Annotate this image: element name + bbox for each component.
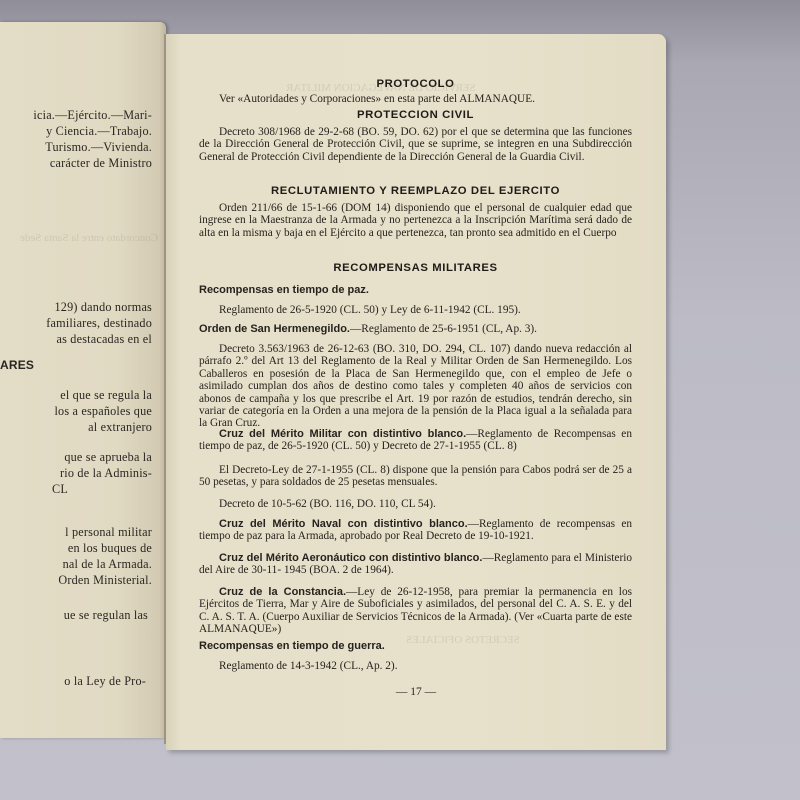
cruz-merito-militar-title: Cruz del Mérito Militar con distintivo b… (219, 428, 466, 440)
left-text-line: los a españoles que (54, 404, 152, 419)
left-text-line: 129) dando normas (55, 300, 153, 315)
cruz-merito-naval: Cruz del Mérito Naval con distintivo bla… (199, 518, 632, 543)
reglamento-paz: Reglamento de 26-5-1920 (CL. 50) y Ley d… (199, 304, 632, 316)
cruz-merito-aeronautico-title: Cruz del Mérito Aeronáutico con distinti… (219, 552, 482, 564)
left-text-line: en los buques de (68, 541, 152, 556)
subheading-tiempo-de-guerra: Recompensas en tiempo de guerra. (199, 640, 632, 652)
left-page: Concordato entre la Santa Sede icia.—Ejé… (0, 22, 166, 738)
left-text-line: Turismo.—Vivienda. (45, 140, 152, 155)
left-text-line: familiares, destinado (46, 316, 152, 331)
left-text-line: carácter de Ministro (50, 156, 152, 171)
left-heading-fragment: ARES (0, 358, 34, 372)
left-text-line: rio de la Adminis- (60, 466, 152, 481)
left-text-line: as destacadas en el (57, 332, 153, 347)
section-title-protocolo: PROTOCOLO (199, 78, 632, 90)
bleed-through-text: Concordato entre la Santa Sede (20, 232, 158, 244)
left-text-line: icia.—Ejército.—Mari- (33, 108, 152, 123)
right-page: SERVICIO DE NAVEGACION MILITAR SECRETOS … (166, 34, 666, 750)
left-text-line: el que se regula la (60, 388, 152, 403)
decreto-3563-text: Decreto 3.563/1963 de 26-12-63 (BO. 310,… (199, 343, 632, 430)
section-title-proteccion-civil: PROTECCION CIVIL (199, 109, 632, 121)
orden-san-hermenegildo-title: Orden de San Hermenegildo. (199, 323, 350, 335)
left-text-line: que se aprueba la (64, 450, 152, 465)
left-text-line: y Ciencia.—Trabajo. (46, 124, 152, 139)
protocolo-text: Ver «Autoridades y Corporaciones» en est… (199, 93, 632, 105)
cruz-constancia-title: Cruz de la Constancia. (219, 586, 346, 598)
decreto-1962: Decreto de 10-5-62 (BO. 116, DO. 110, CL… (199, 498, 632, 510)
orden-san-hermenegildo-text: —Reglamento de 25-6-1951 (CL, Ap. 3). (350, 323, 537, 335)
reglamento-guerra: Reglamento de 14-3-1942 (CL., Ap. 2). (199, 660, 632, 672)
section-title-recompensas: RECOMPENSAS MILITARES (199, 262, 632, 274)
subheading-tiempo-de-paz: Recompensas en tiempo de paz. (199, 284, 632, 296)
cruz-merito-militar: Cruz del Mérito Militar con distintivo b… (199, 428, 632, 453)
page-number: — 17 — (166, 686, 666, 698)
section-title-reclutamiento: RECLUTAMIENTO Y REEMPLAZO DEL EJERCITO (199, 185, 632, 197)
cruz-merito-naval-title: Cruz del Mérito Naval con distintivo bla… (219, 518, 468, 530)
decreto-ley-1955: El Decreto-Ley de 27-1-1955 (CL. 8) disp… (199, 464, 632, 489)
left-text-line: al extranjero (88, 420, 152, 435)
orden-san-hermenegildo: Orden de San Hermenegildo.—Reglamento de… (199, 323, 632, 335)
reclutamiento-text: Orden 211/66 de 15-1-66 (DOM 14) disponi… (199, 202, 632, 239)
left-text-line: ue se regulan las (64, 608, 148, 623)
left-text-line: o la Ley de Pro- (64, 674, 146, 689)
left-text-line: l personal militar (65, 525, 152, 540)
cruz-constancia: Cruz de la Constancia.—Ley de 26-12-1958… (199, 586, 632, 636)
cruz-merito-aeronautico: Cruz del Mérito Aeronáutico con distinti… (199, 552, 632, 577)
proteccion-civil-text: Decreto 308/1968 de 29-2-68 (BO. 59, DO.… (199, 126, 632, 163)
left-text-line: Orden Ministerial. (58, 573, 152, 588)
left-text-line: CL (52, 482, 68, 497)
left-text-line: nal de la Armada. (63, 557, 152, 572)
